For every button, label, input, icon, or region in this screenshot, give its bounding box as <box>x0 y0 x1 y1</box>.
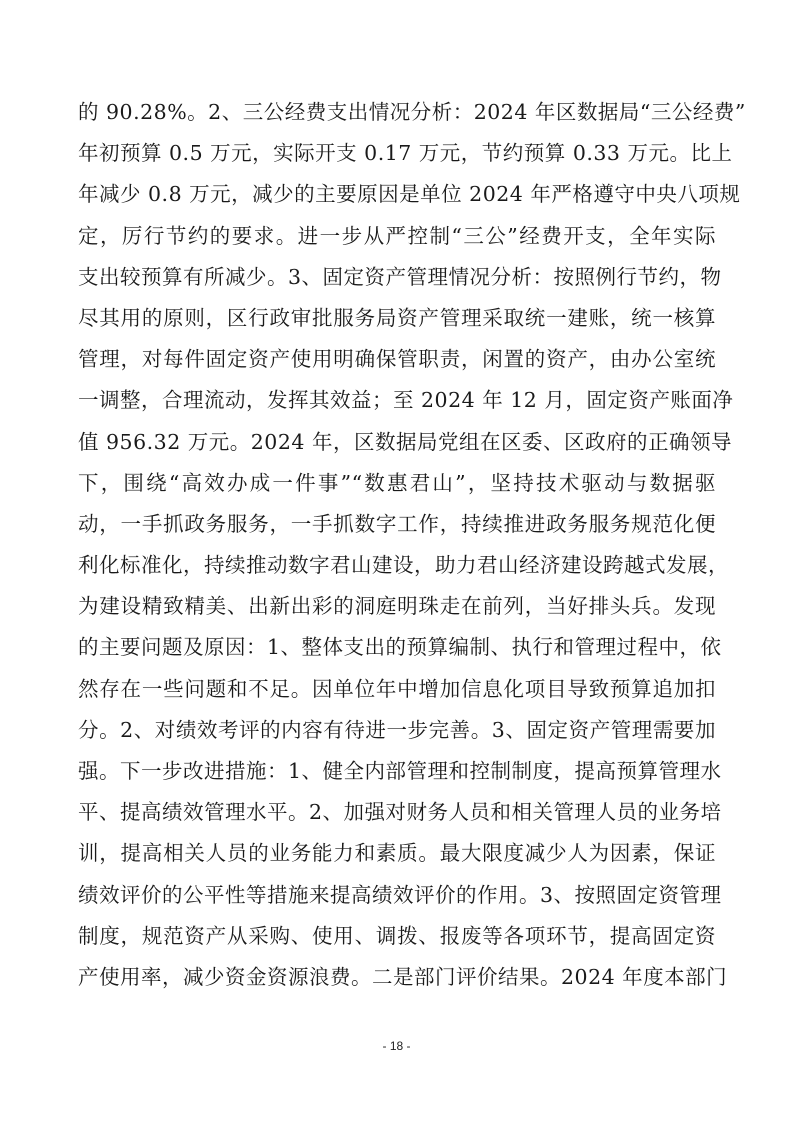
text-line: 的主要问题及原因：1、整体支出的预算编制、执行和管理过程中，依 <box>78 630 716 671</box>
text-line: 训，提高相关人员的业务能力和素质。最大限度减少人为因素，保证 <box>78 836 716 877</box>
text-line: 值 956.32 万元。2024 年，区数据局党组在区委、区政府的正确领导 <box>78 425 716 466</box>
text-line: 平、提高绩效管理水平。2、加强对财务人员和相关管理人员的业务培 <box>78 795 716 836</box>
text-line: 一调整，合理流动，发挥其效益；至 2024 年 12 月，固定资产账面净 <box>78 383 716 424</box>
body-paragraph: 的 90.28%。2、三公经费支出情况分析：2024 年区数据局“三公经费” 年… <box>78 95 716 1001</box>
text-line: 下，围绕“高效办成一件事”“数惠君山”，坚持技术驱动与数据驱 <box>78 466 716 507</box>
text-line: 绩效评价的公平性等措施来提高绩效评价的作用。3、按照固定资管理 <box>78 878 716 919</box>
text-line: 产使用率，减少资金资源浪费。二是部门评价结果。2024 年度本部门 <box>78 960 716 1001</box>
text-line: 年减少 0.8 万元，减少的主要原因是单位 2024 年严格遵守中央八项规 <box>78 177 716 218</box>
text-line: 支出较预算有所减少。3、固定资产管理情况分析：按照例行节约，物 <box>78 260 716 301</box>
text-line: 管理，对每件固定资产使用明确保管职责，闲置的资产，由办公室统 <box>78 342 716 383</box>
text-line: 年初预算 0.5 万元，实际开支 0.17 万元，节约预算 0.33 万元。比上 <box>78 136 716 177</box>
document-page: 的 90.28%。2、三公经费支出情况分析：2024 年区数据局“三公经费” 年… <box>0 0 793 1122</box>
text-line: 强。下一步改进措施：1、健全内部管理和控制制度，提高预算管理水 <box>78 754 716 795</box>
page-number: - 18 - <box>0 1039 793 1053</box>
text-line: 尽其用的原则，区行政审批服务局资产管理采取统一建账，统一核算 <box>78 301 716 342</box>
text-line: 的 90.28%。2、三公经费支出情况分析：2024 年区数据局“三公经费” <box>78 95 716 136</box>
text-line: 动，一手抓政务服务，一手抓数字工作，持续推进政务服务规范化便 <box>78 507 716 548</box>
text-line: 为建设精致精美、出新出彩的洞庭明珠走在前列，当好排头兵。发现 <box>78 589 716 630</box>
text-line: 制度，规范资产从采购、使用、调拨、报废等各项环节，提高固定资 <box>78 919 716 960</box>
text-line: 分。2、对绩效考评的内容有待进一步完善。3、固定资产管理需要加 <box>78 713 716 754</box>
text-line: 利化标准化，持续推动数字君山建设，助力君山经济建设跨越式发展， <box>78 548 716 589</box>
text-line: 然存在一些问题和不足。因单位年中增加信息化项目导致预算追加扣 <box>78 672 716 713</box>
text-line: 定，厉行节约的要求。进一步从严控制“三公”经费开支，全年实际 <box>78 219 716 260</box>
